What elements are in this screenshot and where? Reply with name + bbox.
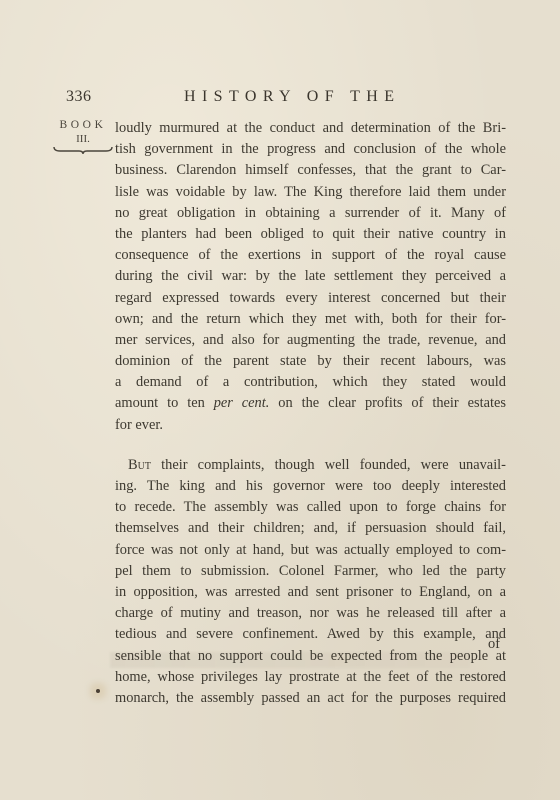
paragraph: But their complaints, though well founde… [115, 455, 506, 709]
foxing-spot [96, 689, 100, 693]
text-line: home, whose privileges lay prostrate at … [115, 667, 506, 688]
book-label: BOOK [48, 119, 118, 131]
text-line: the planters had been obliged to quit th… [115, 224, 506, 245]
text-line: to recede. The assembly was called upon … [115, 497, 506, 518]
paragraph-gap [115, 436, 506, 455]
text-line: amount to ten per cent. on the clear pro… [115, 393, 506, 414]
catchword: of [488, 636, 500, 653]
text-line: charge of mutiny and treason, nor was he… [115, 603, 506, 624]
text-line: mer services, and also for augmenting th… [115, 330, 506, 351]
text-line: force was not only at hand, but was actu… [115, 540, 506, 561]
margin-note: BOOK III. [48, 119, 118, 155]
text-line: dominion of the parent state by their re… [115, 351, 506, 372]
text-line: for ever. [115, 415, 506, 436]
text-line: during the civil war: by the late settle… [115, 266, 506, 287]
text-line: monarch, the assembly passed an act for … [115, 688, 506, 709]
brace-icon [52, 145, 114, 155]
volume-number: III. [48, 133, 118, 145]
page-header: 336 HISTORY OF THE [66, 88, 506, 112]
text-line: tedious and severe confinement. Awed by … [115, 624, 506, 645]
text-line: in opposition, was arrested and sent pri… [115, 582, 506, 603]
text-line: lisle was voidable by law. The King ther… [115, 182, 506, 203]
text-line: regard expressed towards every interest … [115, 288, 506, 309]
text-line: no great obligation in obtaining a surre… [115, 203, 506, 224]
text-line: own; and the return which they met with,… [115, 309, 506, 330]
text-line: But their complaints, though well founde… [115, 455, 506, 476]
lead-word: But [128, 457, 151, 473]
line-text: their complaints, though well founded, w… [161, 457, 506, 473]
body-text: loudly murmured at the conduct and deter… [115, 118, 506, 709]
text-line: ing. The king and his governor were too … [115, 476, 506, 497]
text-line: consequence of the exertions in support … [115, 245, 506, 266]
book-page: 336 HISTORY OF THE BOOK III. loudly murm… [0, 0, 560, 800]
paragraph: loudly murmured at the conduct and deter… [115, 118, 506, 436]
text-line: business. Clarendon himself confesses, t… [115, 160, 506, 181]
text-line: loudly murmured at the conduct and deter… [115, 118, 506, 139]
text-line: pel them to submission. Colonel Farmer, … [115, 561, 506, 582]
page-number: 336 [66, 88, 92, 106]
running-title: HISTORY OF THE [184, 88, 400, 106]
italic-phrase: per cent. [214, 395, 270, 411]
text-line: themselves and their children; and, if p… [115, 518, 506, 539]
text-line: tish government in the progress and conc… [115, 139, 506, 160]
show-through-shadow [110, 652, 470, 668]
text-line: a demand of a contribution, which they s… [115, 372, 506, 393]
